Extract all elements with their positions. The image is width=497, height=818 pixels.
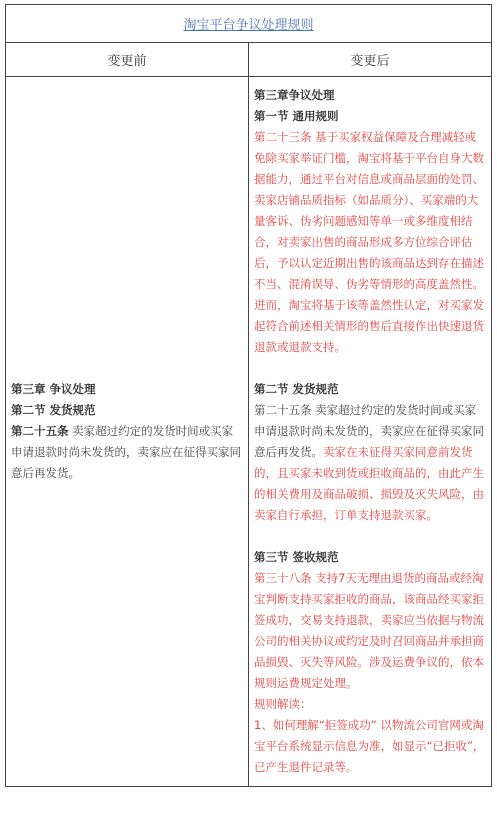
rule-change-page: 淘宝平台争议处理规则 变更前 变更后 第三章 争议处理 第二节 发货规范 第二十… [0,0,497,818]
after-section-3-heading: 第三节 签收规范 [254,547,486,568]
before-article-25-label: 第二十五条 [11,424,69,438]
column-header-after: 变更后 [249,43,492,77]
before-section-heading: 第二节 发货规范 [11,400,243,421]
after-article-23: 第二十三条 基于买家权益保障及合理减轻或免除买家举证门槛，淘宝将基于平台自身大数… [254,127,486,358]
paragraph-gap [254,358,486,379]
before-article-25: 第二十五条 卖家超过约定的发货时间或买家申请退款时尚未发货的，卖家应在征得买家同… [11,421,243,484]
title-row: 淘宝平台争议处理规则 [6,5,492,43]
column-header-row: 变更前 变更后 [6,43,492,77]
title-cell: 淘宝平台争议处理规则 [6,5,492,43]
paragraph-gap [254,526,486,547]
after-cell: 第三章争议处理 第一节 通用规则 第二十三条 基于买家权益保障及合理减轻或免除买… [249,77,492,787]
rule-change-table: 淘宝平台争议处理规则 变更前 变更后 第三章 争议处理 第二节 发货规范 第二十… [5,4,492,787]
rule-title-link[interactable]: 淘宝平台争议处理规则 [183,18,313,33]
after-article-38: 第三十八条 支持7天无理由退货的商品或经淘宝判断支持买家拒收的商品，该商品经买家… [254,568,486,694]
after-section-1-heading: 第一节 通用规则 [254,106,486,127]
after-interpretation-item-1: 1、如何理解“拒签成功” 以物流公司官网或淘宝平台系统显示信息为准，如显示“已拒… [254,715,486,778]
after-article-25: 第二十五条 卖家超过约定的发货时间或买家申请退款时尚未发货的，卖家应在征得买家同… [254,400,486,526]
before-cell: 第三章 争议处理 第二节 发货规范 第二十五条 卖家超过约定的发货时间或买家申请… [6,77,249,787]
after-interpretation-label: 规则解读： [254,694,486,715]
column-header-before: 变更前 [6,43,249,77]
after-chapter-heading: 第三章争议处理 [254,85,486,106]
content-row: 第三章 争议处理 第二节 发货规范 第二十五条 卖家超过约定的发货时间或买家申请… [6,77,492,787]
before-chapter-heading: 第三章 争议处理 [11,379,243,400]
after-section-2-heading: 第二节 发货规范 [254,379,486,400]
